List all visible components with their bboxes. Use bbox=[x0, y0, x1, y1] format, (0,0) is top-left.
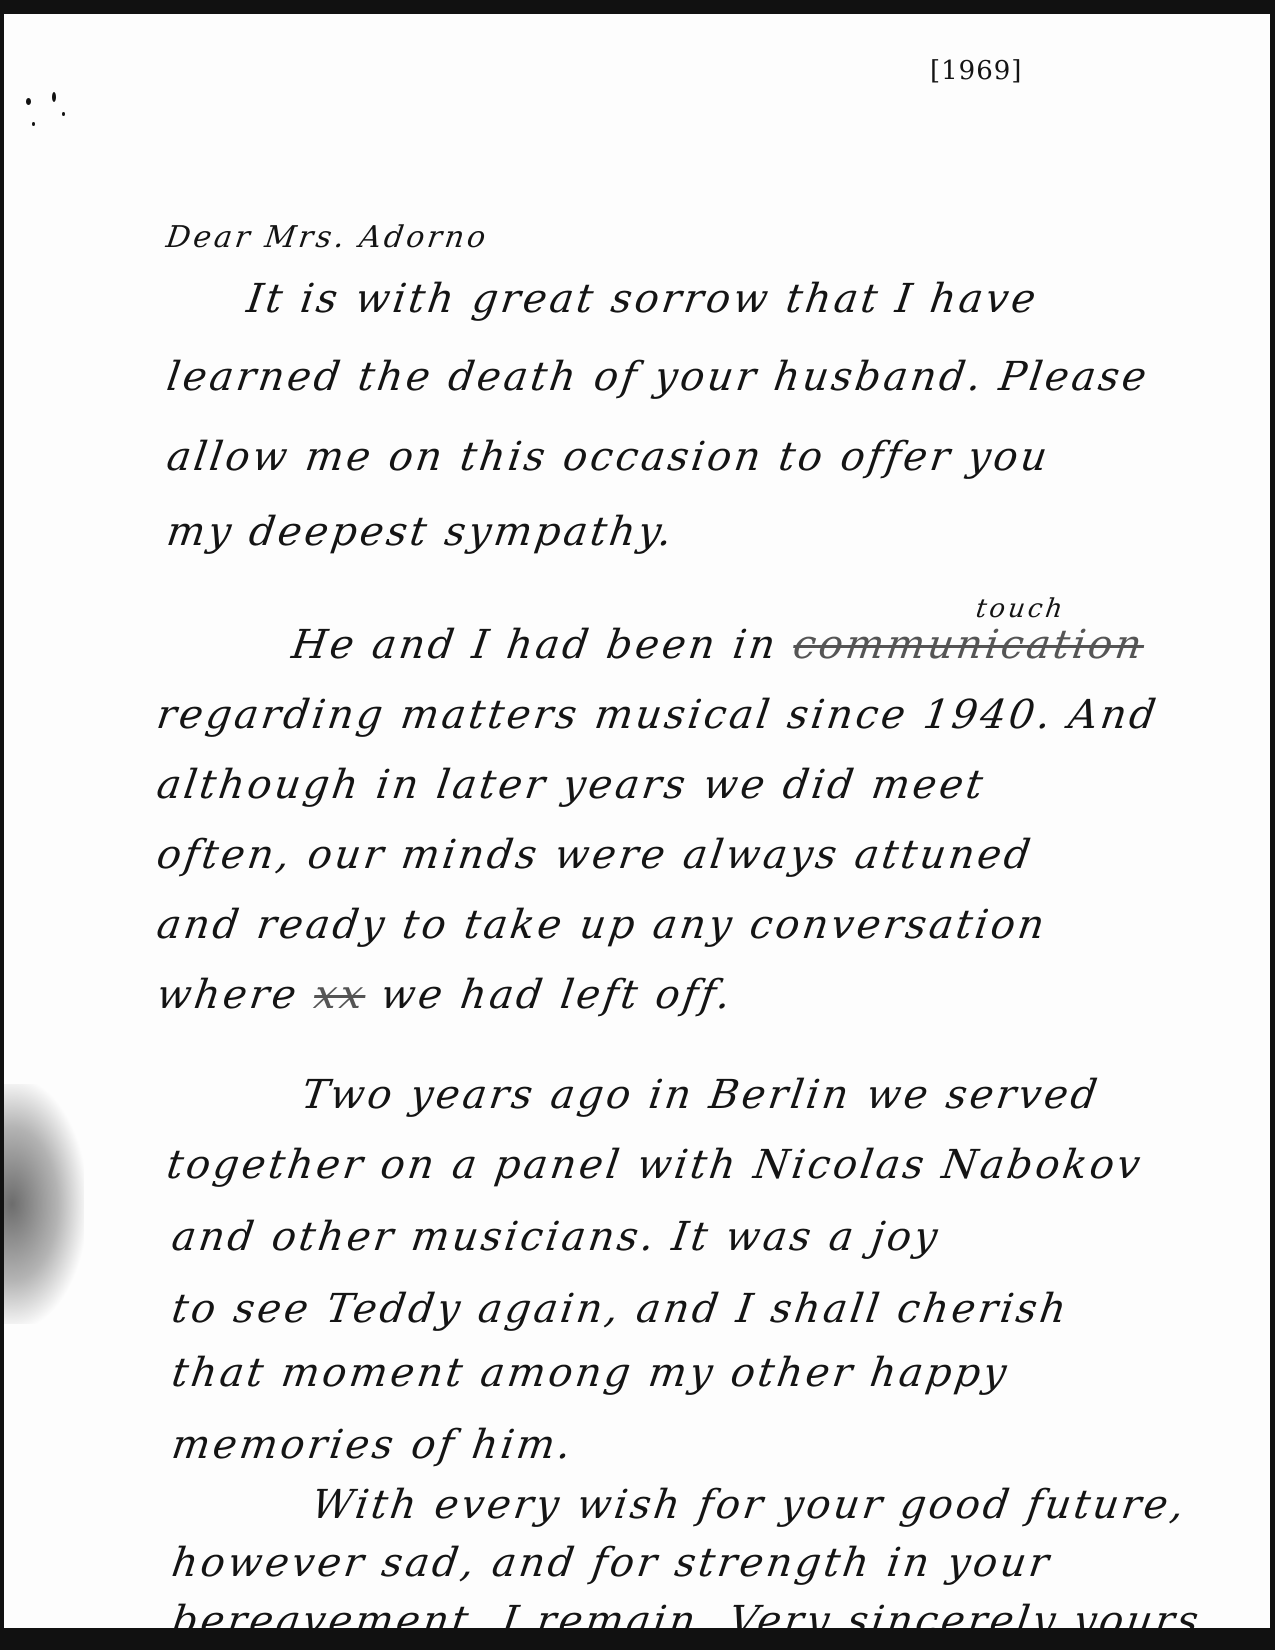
scan-smudge bbox=[4, 1084, 84, 1324]
letter-line: together on a panel with Nicolas Nabokov bbox=[164, 1142, 1146, 1188]
letter-line: With every wish for your good future, bbox=[309, 1482, 1190, 1528]
letter-line: He and I had been in communication bbox=[289, 622, 1147, 668]
inserted-word: touch bbox=[974, 594, 1067, 624]
letter-line: memories of him. bbox=[169, 1422, 577, 1468]
ink-mark bbox=[32, 122, 35, 126]
scan-border bbox=[4, 1628, 1270, 1640]
line-text: we had left off. bbox=[378, 972, 736, 1018]
letter-line: It is with great sorrow that I have bbox=[244, 276, 1041, 322]
struck-word: communication bbox=[790, 622, 1147, 668]
letter-line: Two years ago in Berlin we served bbox=[299, 1072, 1103, 1118]
letter-line: my deepest sympathy. bbox=[164, 509, 678, 555]
ink-mark bbox=[52, 92, 56, 102]
letter-line: however sad, and for strength in your bbox=[169, 1540, 1055, 1586]
date-annotation: [1969] bbox=[930, 56, 1022, 86]
letter-page: [1969] Dear Mrs. Adorno It is with great… bbox=[4, 14, 1270, 1640]
ink-mark bbox=[26, 98, 31, 105]
salutation: Dear Mrs. Adorno bbox=[164, 220, 491, 255]
letter-line: often, our minds were always attuned bbox=[154, 832, 1036, 878]
line-text: He and I had been in bbox=[289, 622, 781, 668]
letter-line: learned the death of your husband. Pleas… bbox=[164, 354, 1152, 400]
line-text: where bbox=[154, 972, 302, 1018]
letter-line: that moment among my other happy bbox=[169, 1350, 1012, 1396]
letter-line: to see Teddy again, and I shall cherish bbox=[169, 1286, 1072, 1332]
letter-line: and other musicians. It was a joy bbox=[169, 1214, 943, 1260]
letter-line: although in later years we did meet bbox=[154, 762, 989, 808]
letter-line: where xx we had left off. bbox=[154, 972, 736, 1018]
letter-line: regarding matters musical since 1940. An… bbox=[154, 692, 1161, 738]
letter-line: and ready to take up any conversation bbox=[154, 902, 1050, 948]
letter-line: allow me on this occasion to offer you bbox=[164, 434, 1053, 480]
struck-word: xx bbox=[311, 972, 369, 1018]
ink-mark bbox=[62, 112, 65, 116]
